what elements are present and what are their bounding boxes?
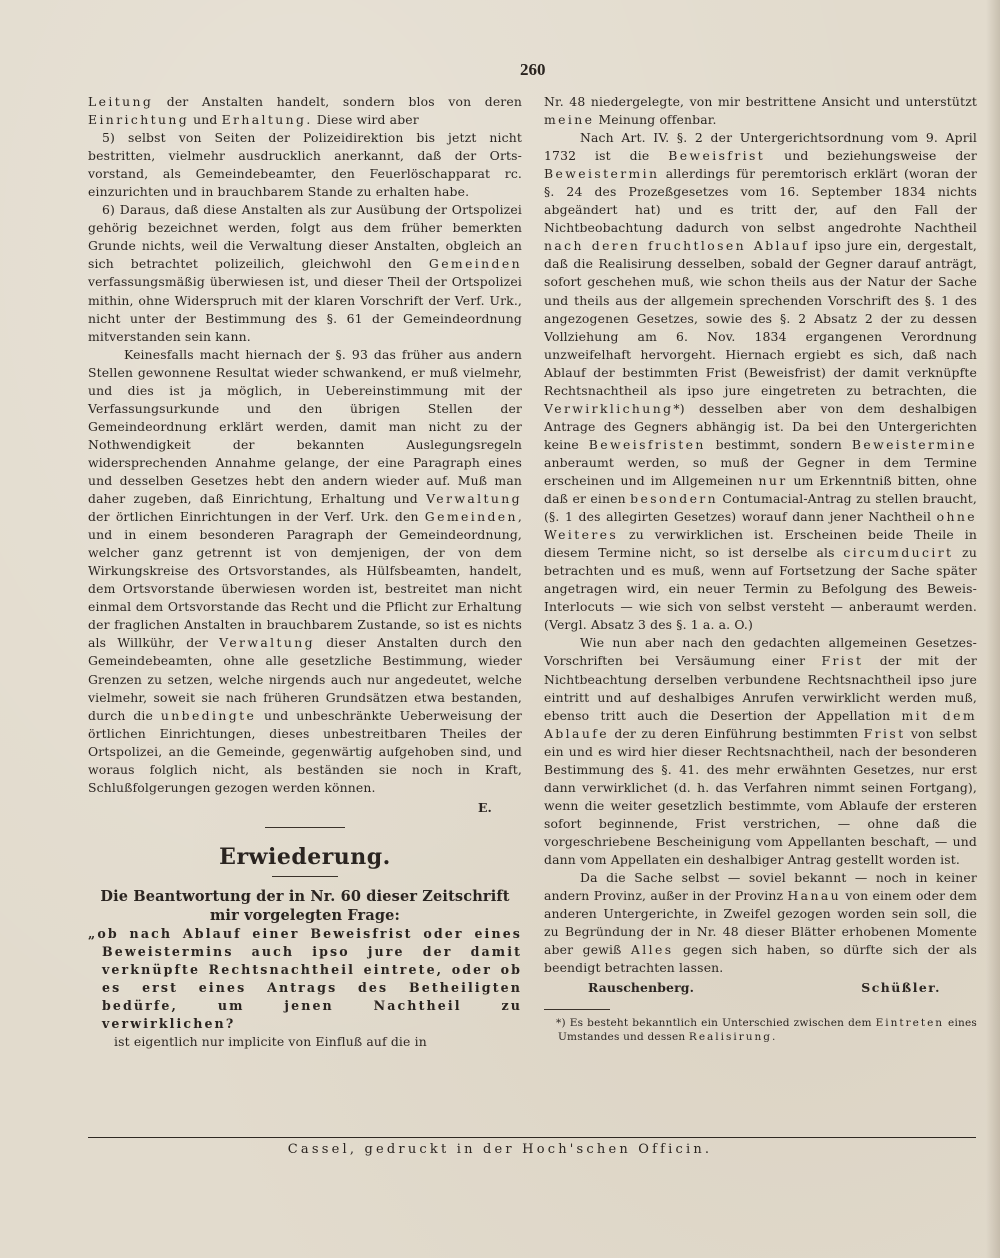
text: und xyxy=(189,112,222,127)
text: der örtlichen Einrichtungen in der Verf.… xyxy=(88,509,425,524)
emphasized-text: unbedingte xyxy=(161,708,256,723)
paragraph-da-die-sache: Da die Sache selbst — soviel bekannt — n… xyxy=(544,869,977,977)
paragraph-nach-art-iv: Nach Art. IV. §. 2 der Untergerichtsordn… xyxy=(544,129,977,634)
text: der zu deren Einführung bestimmten xyxy=(609,726,864,741)
text: bestimmt, sondern xyxy=(706,437,852,452)
emphasized-text: Frist xyxy=(822,653,864,668)
heading-divider xyxy=(272,876,338,877)
emphasized-text: nur xyxy=(759,473,788,488)
paragraph-point-5: 5) selbst von Seiten der Polizeidirektio… xyxy=(88,129,522,201)
text: Keinesfalls macht hiernach der §. 93 das… xyxy=(88,347,522,506)
emphasized-text: Verwaltung xyxy=(426,491,522,506)
emphasized-text: Leitung xyxy=(88,94,153,109)
paragraph-wie-nun-aber: Wie nun aber nach den gedachten allgemei… xyxy=(544,634,977,869)
emphasized-text: Realisirung. xyxy=(689,1031,777,1043)
text: der Anstalten handelt, sondern blos von … xyxy=(153,94,522,109)
emphasized-text: Alles xyxy=(631,942,674,957)
paragraph-keinesfalls: Keinesfalls macht hiernach der §. 93 das… xyxy=(88,346,522,797)
emphasized-text: circumducirt xyxy=(843,545,953,560)
text: Diese wird aber xyxy=(313,112,419,127)
article-subheading: Die Beantwortung der in Nr. 60 dieser Ze… xyxy=(88,887,522,925)
emphasized-text: Verwaltung xyxy=(219,635,315,650)
text: Meinung offenbar. xyxy=(594,112,716,127)
footer-divider xyxy=(88,1137,976,1138)
emphasized-text: Hanau xyxy=(787,888,841,903)
emphasized-text: Gemeinden xyxy=(429,256,522,271)
text: , und in einem besonderen Paragraph der … xyxy=(88,509,522,650)
paragraph-point-6: 6) Daraus, daß diese Anstalten als zur A… xyxy=(88,201,522,345)
emphasized-text: Erhaltung. xyxy=(222,112,313,127)
printer-imprint: Cassel, gedruckt in der Hoch'schen Offic… xyxy=(0,1142,1000,1157)
emphasized-text: Gemeinden xyxy=(425,509,518,524)
emphasized-text: Einrichtung xyxy=(88,112,189,127)
quoted-question: „ob nach Ablauf einer Beweisfrist oder e… xyxy=(88,925,522,1033)
text: und beziehungsweise der xyxy=(765,148,977,163)
emphasized-text: Beweistermine xyxy=(852,437,977,452)
signature-author: Schüßler. xyxy=(861,979,941,997)
section-divider xyxy=(265,827,345,828)
footnote-divider xyxy=(544,1009,610,1010)
emphasized-text: nach deren fruchtlosen Ablauf xyxy=(544,238,809,253)
subheading-line: Die Beantwortung der in Nr. 60 dieser Ze… xyxy=(88,887,522,906)
page-number: 260 xyxy=(520,60,546,80)
signature-place: Rauschenberg. xyxy=(588,979,694,997)
right-column: Nr. 48 niedergelegte, von mir bestritten… xyxy=(544,93,977,1044)
article-signature: E. xyxy=(88,799,522,817)
emphasized-text: Verwirklichung xyxy=(544,401,673,416)
text: ipso jure ein, dergestalt, daß die Reali… xyxy=(544,238,977,397)
emphasized-text: besondern xyxy=(630,491,718,506)
paragraph-continuation: ist eigentlich nur implicite von Einfluß… xyxy=(88,1033,522,1051)
emphasized-text: meine xyxy=(544,112,594,127)
footnote: *) Es besteht bekanntlich ein Unterschie… xyxy=(544,1016,977,1044)
paragraph-continuation: Leitung der Anstalten handelt, sondern b… xyxy=(88,93,522,129)
emphasized-text: Frist xyxy=(864,726,906,741)
emphasized-text: Beweistermin xyxy=(544,166,659,181)
paragraph-continuation: Nr. 48 niedergelegte, von mir bestritten… xyxy=(544,93,977,129)
article-heading: Erwiederung. xyxy=(88,842,522,872)
text: Nr. 48 niedergelegte, von mir bestritten… xyxy=(544,94,977,109)
emphasized-text: Eintreten xyxy=(876,1017,944,1029)
text: *) Es besteht bekanntlich ein Unterschie… xyxy=(556,1017,876,1029)
emphasized-text: Beweisfristen xyxy=(589,437,706,452)
article-signatures: Rauschenberg. Schüßler. xyxy=(544,979,977,997)
emphasized-text: Beweisfrist xyxy=(668,148,765,163)
left-column: Leitung der Anstalten handelt, sondern b… xyxy=(88,93,522,1051)
text: von selbst ein und es wird hier dieser R… xyxy=(544,726,977,867)
page-edge-shadow xyxy=(986,0,1000,1258)
subheading-line: mir vorgelegten Frage: xyxy=(88,906,522,925)
text: verfassungsmäßig überwiesen ist, und die… xyxy=(88,274,522,343)
newspaper-page: 260 Leitung der Anstalten handelt, sonde… xyxy=(0,0,1000,1258)
